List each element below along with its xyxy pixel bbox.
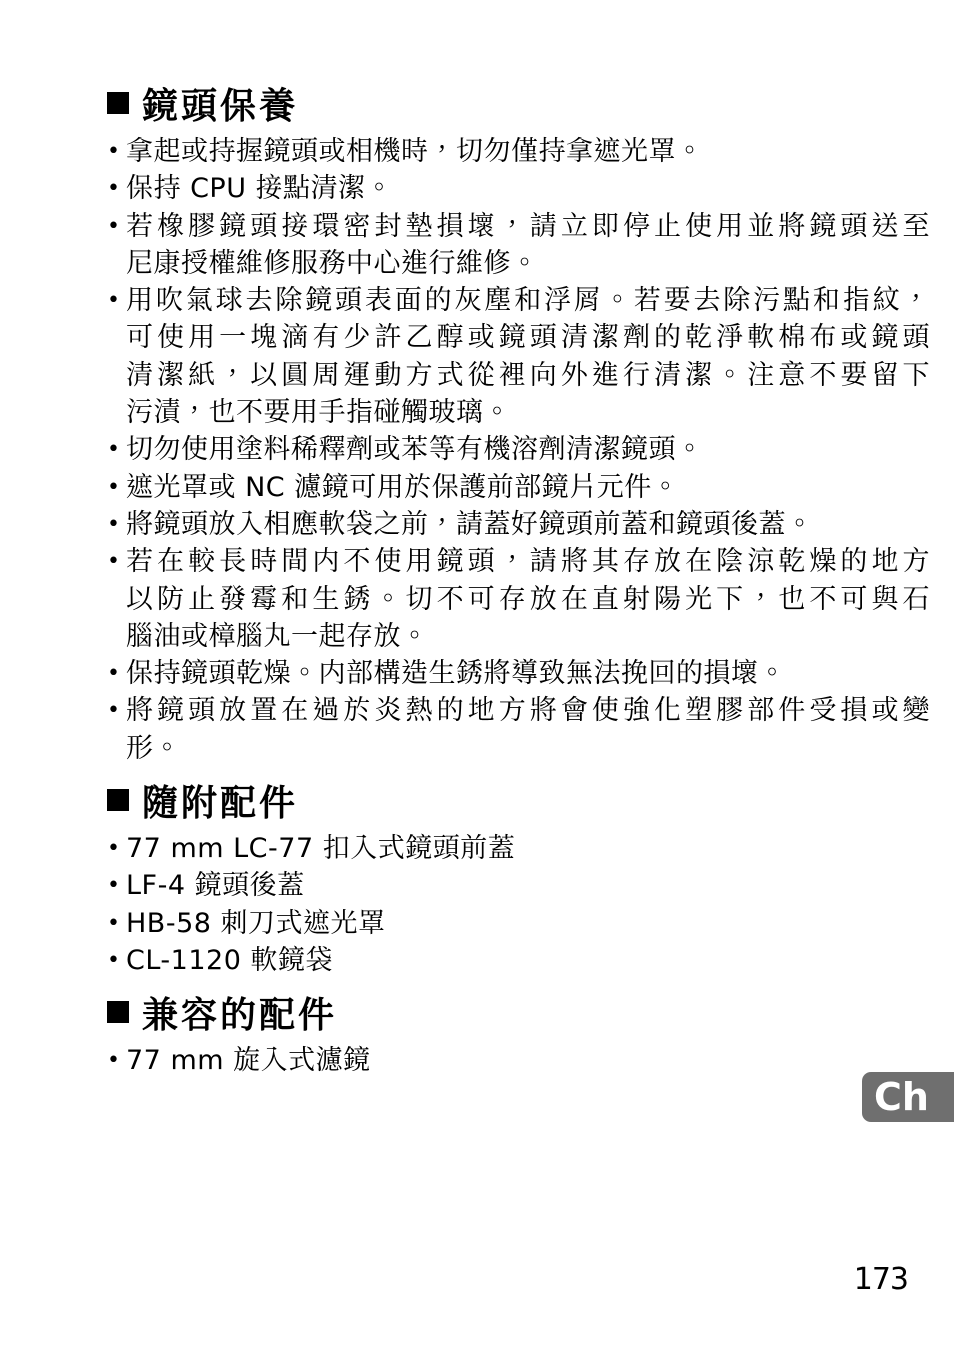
list-item: •拿起或持握鏡頭或相機時，切勿僅持拿遮光罩。: [107, 133, 930, 170]
list-item-text: 遮光罩或 NC 濾鏡可用於保護前部鏡片元件。: [126, 469, 930, 506]
bullet-icon: •: [107, 282, 126, 319]
list-item-text: 將鏡頭放入相應軟袋之前，請蓋好鏡頭前蓋和鏡頭後蓋。: [126, 506, 930, 543]
section-heading-compatible-accessories: 兼容的配件: [107, 993, 930, 1031]
list-item: •將鏡頭放置在過於炎熱的地方將會使強化塑膠部件受損或變形。: [107, 692, 930, 767]
section-heading-text: 兼容的配件: [142, 987, 337, 1038]
list-item: •LF-4 鏡頭後蓋: [107, 867, 930, 904]
text-line: 可使用一塊滴有少許乙醇或鏡頭清潔劑的乾淨軟棉布或鏡頭: [126, 319, 930, 356]
text-line: 若橡膠鏡頭接環密封墊損壞，請立即停止使用並將鏡頭送至: [126, 208, 930, 245]
bullet-icon: •: [107, 1042, 126, 1079]
text-line: 77 mm LC-77 扣入式鏡頭前蓋: [126, 830, 930, 867]
list-item-text: 保持鏡頭乾燥。内部構造生銹將導致無法挽回的損壞。: [126, 655, 930, 692]
section-heading-text: 隨附配件: [142, 775, 298, 826]
list-item-text: 若橡膠鏡頭接環密封墊損壞，請立即停止使用並將鏡頭送至尼康授權維修服務中心進行維修…: [126, 208, 930, 283]
text-line: 以防止發霉和生銹。切不可存放在直射陽光下，也不可與石: [126, 581, 930, 618]
text-line: HB-58 刺刀式遮光罩: [126, 905, 930, 942]
list-item: •切勿使用塗料稀釋劑或苯等有機溶劑清潔鏡頭。: [107, 431, 930, 468]
list-item-text: 77 mm LC-77 扣入式鏡頭前蓋: [126, 830, 930, 867]
section-heading-text: 鏡頭保養: [142, 78, 298, 129]
list-item-text: 用吹氣球去除鏡頭表面的灰塵和浮屑。若要去除污點和指紋，可使用一塊滴有少許乙醇或鏡…: [126, 282, 930, 431]
text-line: 腦油或樟腦丸一起存放。: [126, 618, 930, 655]
page-content: 鏡頭保養•拿起或持握鏡頭或相機時，切勿僅持拿遮光罩。•保持 CPU 接點清潔。•…: [107, 84, 930, 1094]
list-item: •保持 CPU 接點清潔。: [107, 170, 930, 207]
section-heading-supplied-accessories: 隨附配件: [107, 781, 930, 819]
list-item: •將鏡頭放入相應軟袋之前，請蓋好鏡頭前蓋和鏡頭後蓋。: [107, 506, 930, 543]
list-item-text: LF-4 鏡頭後蓋: [126, 867, 930, 904]
list-item-text: 77 mm 旋入式濾鏡: [126, 1042, 930, 1079]
text-line: 污漬，也不要用手指碰觸玻璃。: [126, 394, 930, 431]
list-item-text: 切勿使用塗料稀釋劑或苯等有機溶劑清潔鏡頭。: [126, 431, 930, 468]
text-line: 尼康授權維修服務中心進行維修。: [126, 245, 930, 282]
bullet-icon: •: [107, 506, 126, 543]
list-item: •保持鏡頭乾燥。内部構造生銹將導致無法挽回的損壞。: [107, 655, 930, 692]
text-line: 清潔紙，以圓周運動方式從裡向外進行清潔。注意不要留下: [126, 357, 930, 394]
text-line: 若在較長時間内不使用鏡頭，請將其存放在陰涼乾燥的地方: [126, 543, 930, 580]
bullet-list-supplied-accessories: •77 mm LC-77 扣入式鏡頭前蓋•LF-4 鏡頭後蓋•HB-58 刺刀式…: [107, 830, 930, 979]
bullet-list-lens-care: •拿起或持握鏡頭或相機時，切勿僅持拿遮光罩。•保持 CPU 接點清潔。•若橡膠鏡…: [107, 133, 930, 767]
list-item: •HB-58 刺刀式遮光罩: [107, 905, 930, 942]
bullet-icon: •: [107, 170, 126, 207]
text-line: 形。: [126, 730, 930, 767]
list-item-text: HB-58 刺刀式遮光罩: [126, 905, 930, 942]
text-line: 77 mm 旋入式濾鏡: [126, 1042, 930, 1079]
bullet-icon: •: [107, 830, 126, 867]
bullet-icon: •: [107, 655, 126, 692]
bullet-list-compatible-accessories: •77 mm 旋入式濾鏡: [107, 1042, 930, 1079]
list-item: •若橡膠鏡頭接環密封墊損壞，請立即停止使用並將鏡頭送至尼康授權維修服務中心進行維…: [107, 208, 930, 283]
text-line: CL-1120 軟鏡袋: [126, 942, 930, 979]
bullet-icon: •: [107, 469, 126, 506]
text-line: 用吹氣球去除鏡頭表面的灰塵和浮屑。若要去除污點和指紋，: [126, 282, 930, 319]
page-number: 173: [828, 1262, 908, 1297]
bullet-icon: •: [107, 867, 126, 904]
list-item-text: 將鏡頭放置在過於炎熱的地方將會使強化塑膠部件受損或變形。: [126, 692, 930, 767]
section-marker-square-icon: [107, 789, 129, 811]
bullet-icon: •: [107, 543, 126, 580]
bullet-icon: •: [107, 133, 126, 170]
list-item-text: 保持 CPU 接點清潔。: [126, 170, 930, 207]
list-item: •CL-1120 軟鏡袋: [107, 942, 930, 979]
text-line: LF-4 鏡頭後蓋: [126, 867, 930, 904]
section-marker-square-icon: [107, 92, 129, 114]
bullet-icon: •: [107, 942, 126, 979]
text-line: 遮光罩或 NC 濾鏡可用於保護前部鏡片元件。: [126, 469, 930, 506]
text-line: 切勿使用塗料稀釋劑或苯等有機溶劑清潔鏡頭。: [126, 431, 930, 468]
list-item: •用吹氣球去除鏡頭表面的灰塵和浮屑。若要去除污點和指紋，可使用一塊滴有少許乙醇或…: [107, 282, 930, 431]
text-line: 保持 CPU 接點清潔。: [126, 170, 930, 207]
section-marker-square-icon: [107, 1001, 129, 1023]
bullet-icon: •: [107, 905, 126, 942]
text-line: 將鏡頭放置在過於炎熱的地方將會使強化塑膠部件受損或變: [126, 692, 930, 729]
list-item: •77 mm 旋入式濾鏡: [107, 1042, 930, 1079]
list-item: •若在較長時間内不使用鏡頭，請將其存放在陰涼乾燥的地方以防止發霉和生銹。切不可存…: [107, 543, 930, 655]
bullet-icon: •: [107, 692, 126, 729]
section-heading-lens-care: 鏡頭保養: [107, 84, 930, 122]
bullet-icon: •: [107, 208, 126, 245]
list-item: •77 mm LC-77 扣入式鏡頭前蓋: [107, 830, 930, 867]
list-item: •遮光罩或 NC 濾鏡可用於保護前部鏡片元件。: [107, 469, 930, 506]
text-line: 將鏡頭放入相應軟袋之前，請蓋好鏡頭前蓋和鏡頭後蓋。: [126, 506, 930, 543]
bullet-icon: •: [107, 431, 126, 468]
list-item-text: CL-1120 軟鏡袋: [126, 942, 930, 979]
text-line: 保持鏡頭乾燥。内部構造生銹將導致無法挽回的損壞。: [126, 655, 930, 692]
language-tab-ch: Ch: [862, 1072, 954, 1122]
list-item-text: 拿起或持握鏡頭或相機時，切勿僅持拿遮光罩。: [126, 133, 930, 170]
text-line: 拿起或持握鏡頭或相機時，切勿僅持拿遮光罩。: [126, 133, 930, 170]
list-item-text: 若在較長時間内不使用鏡頭，請將其存放在陰涼乾燥的地方以防止發霉和生銹。切不可存放…: [126, 543, 930, 655]
